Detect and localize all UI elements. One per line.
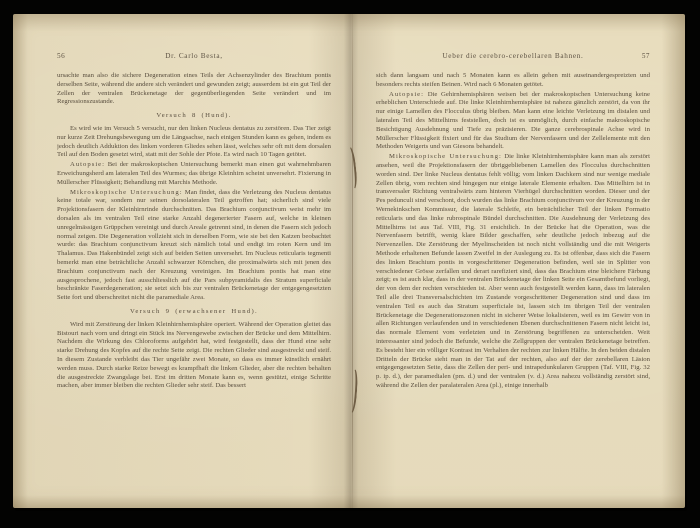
section-heading: Versuch 8 (Hund). bbox=[57, 112, 331, 121]
running-header-left: Dr. Carlo Besta, bbox=[165, 52, 223, 60]
binding-stitch-bottom bbox=[346, 368, 358, 415]
paragraph: Mikroskopische Untersuchung: Man findet,… bbox=[57, 189, 331, 303]
page-left-body: ursachte man also die sichere Degenerati… bbox=[57, 72, 331, 454]
paragraph: Autopsie: Die Gehirnhemisphären weisen b… bbox=[376, 91, 650, 153]
paragraph-text: Man findet, dass die Verletzung des Nucl… bbox=[57, 189, 331, 302]
paragraph: Wird mit Zerstörung der linken Kleinhirn… bbox=[57, 321, 331, 391]
binding-gutter bbox=[352, 14, 353, 508]
running-header-right: Ueber die cerebro-cerebellaren Bahnen. bbox=[442, 52, 583, 60]
paragraph-text: sich dann langsam und nach 5 Monaten kan… bbox=[376, 72, 650, 88]
paragraph-lead: Autopsie: bbox=[389, 91, 424, 98]
paragraph: Autopsie: Bei der makroskopischen Unters… bbox=[57, 161, 331, 187]
book-spread-paper: 56 Dr. Carlo Besta, ursachte man also di… bbox=[13, 14, 685, 508]
page-left: 56 Dr. Carlo Besta, ursachte man also di… bbox=[57, 52, 331, 454]
paragraph-lead: Mikroskopische Untersuchung: bbox=[70, 189, 183, 196]
page-right-body: sich dann langsam und nach 5 Monaten kan… bbox=[376, 72, 650, 454]
page-right: Ueber die cerebro-cerebellaren Bahnen. 5… bbox=[376, 52, 650, 454]
page-number-right: 57 bbox=[642, 52, 650, 60]
paragraph: sich dann langsam und nach 5 Monaten kan… bbox=[376, 72, 650, 90]
page-number-left: 56 bbox=[57, 52, 65, 60]
paragraph-text: ursachte man also die sichere Degenerati… bbox=[57, 72, 331, 105]
section-heading: Versuch 9 (erwachsener Hund). bbox=[57, 308, 331, 317]
paragraph-text: Es wird wie im Versuch 5 versucht, nur d… bbox=[57, 125, 331, 158]
paragraph: Mikroskopische Untersuchung: Die linke K… bbox=[376, 153, 650, 391]
binding-stitch-top bbox=[345, 146, 359, 191]
paragraph: Es wird wie im Versuch 5 versucht, nur d… bbox=[57, 125, 331, 160]
paragraph-text: Wird mit Zerstörung der linken Kleinhirn… bbox=[57, 321, 331, 390]
paragraph-lead: Autopsie: bbox=[70, 161, 105, 168]
paragraph: ursachte man also die sichere Degenerati… bbox=[57, 72, 331, 107]
page-right-header: Ueber die cerebro-cerebellaren Bahnen. 5… bbox=[376, 52, 650, 63]
paragraph-lead: Mikroskopische Untersuchung: bbox=[389, 153, 502, 160]
paragraph-text: Die linke Kleinhirnhemisphäre kann man a… bbox=[376, 153, 650, 389]
paragraph-text: Die Gehirnhemisphären weisen bei der mak… bbox=[376, 91, 650, 151]
page-left-header: 56 Dr. Carlo Besta, bbox=[57, 52, 331, 63]
